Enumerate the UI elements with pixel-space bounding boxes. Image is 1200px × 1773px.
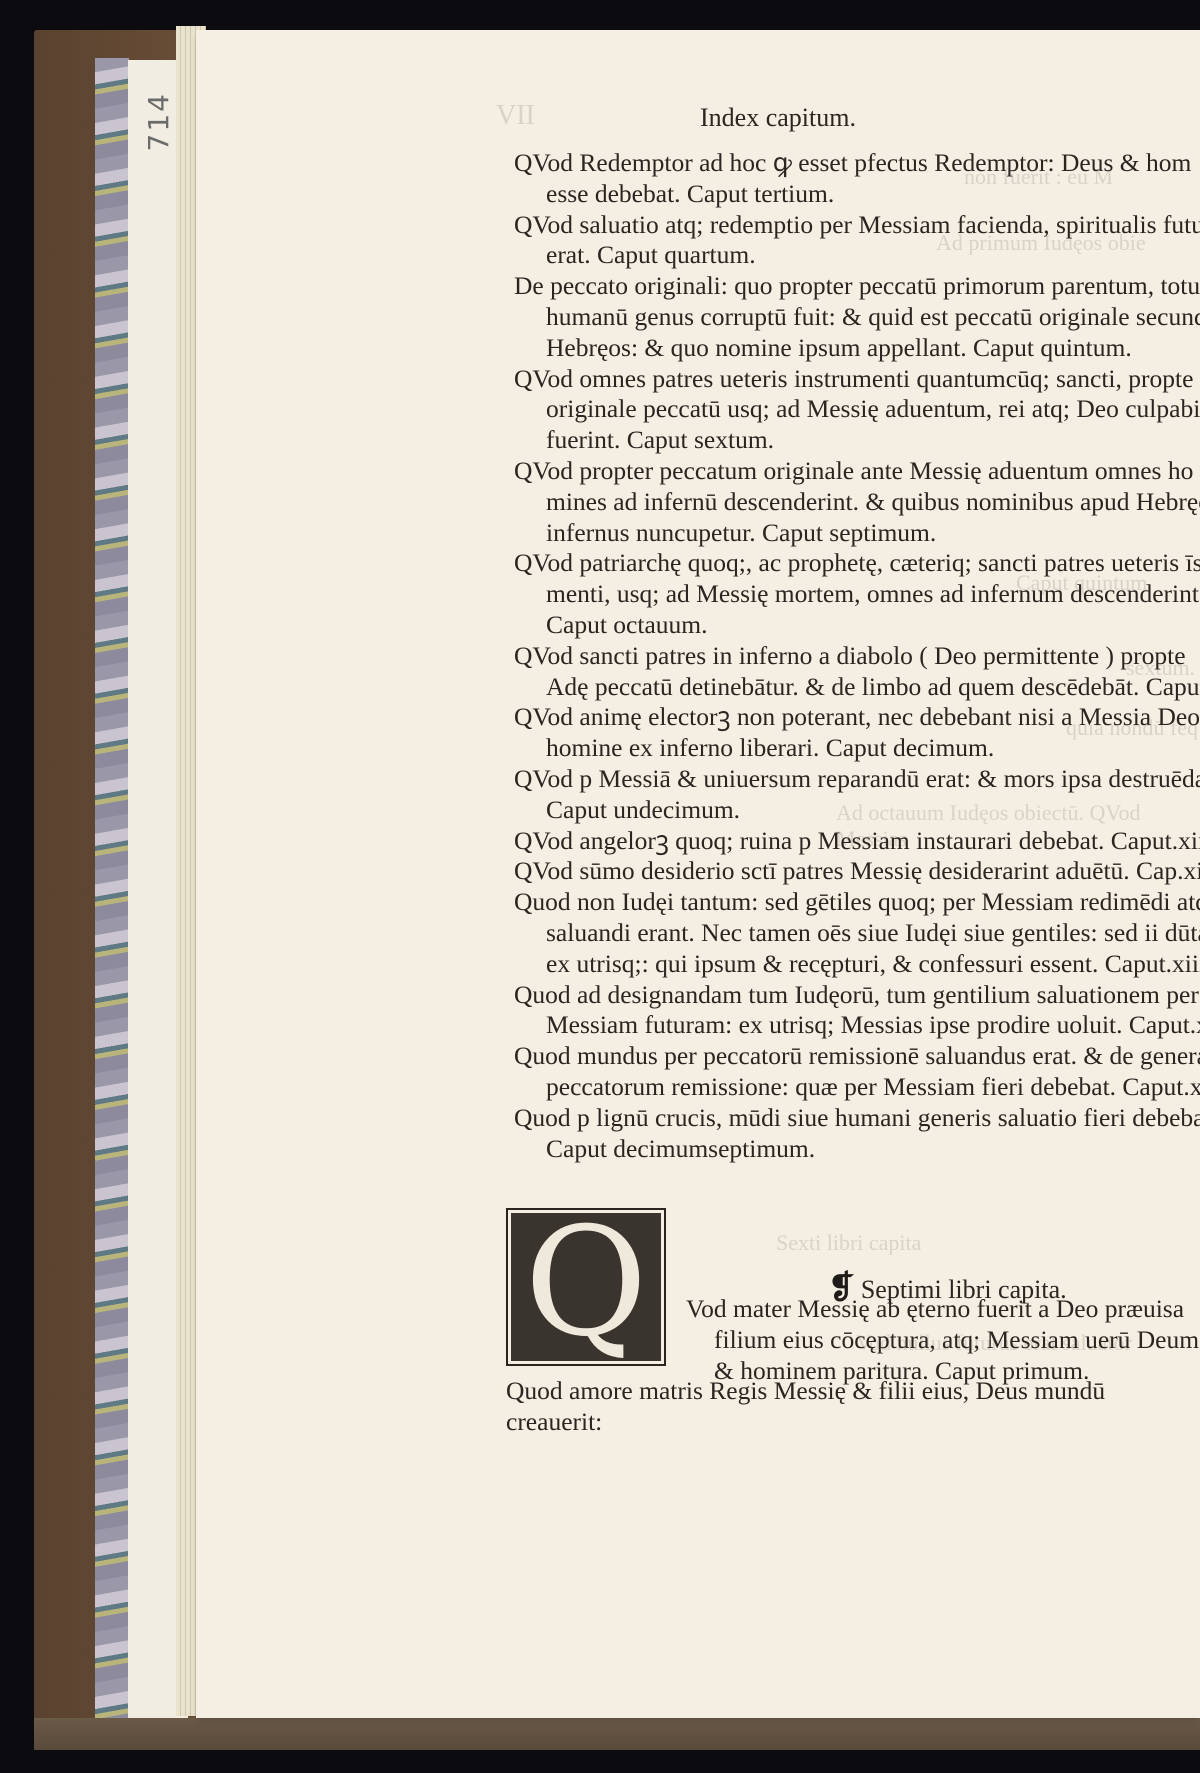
showthrough-text: Sexti libri capita <box>776 1230 921 1256</box>
index-line: infernus nuncupetur. Caput septimum. <box>514 518 1200 549</box>
index-line: Quod ad designandam tum Iudęorū, tum gen… <box>514 980 1200 1011</box>
index-line: QVod saluatio atq; redemptio per Messiam… <box>514 210 1200 241</box>
index-line: Adę peccatū detinebātur. & de limbo ad q… <box>514 672 1200 703</box>
index-line: Quod non Iudęi tantum: sed gētiles quoq;… <box>514 887 1200 918</box>
index-line: QVod angelorꝫ quoq; ruina p Messiam inst… <box>514 826 1200 857</box>
book7-chapter-1: Vod mater Messię ab ęterno fuerit a Deo … <box>686 1294 1200 1386</box>
index-line: saluandi erant. Nec tamen oēs siue Iudęi… <box>514 918 1200 949</box>
book7-line: Vod mater Messię ab ęterno fuerit a Deo … <box>686 1294 1200 1325</box>
book7-line: Quod amore matris Regis Messię & filii e… <box>506 1376 1200 1438</box>
book7-line: filium eius cōcęptura, atq; Messiam uerū… <box>686 1325 1200 1356</box>
index-line: QVod propter peccatum originale ante Mes… <box>514 456 1200 487</box>
index-line: mines ad infernū descenderint. & quibus … <box>514 487 1200 518</box>
chapter-index: QVod Redemptor ad hoc ꝙ esset pfectus Re… <box>514 148 1200 1164</box>
book7-chapter-2: Quod amore matris Regis Messię & filii e… <box>506 1376 1200 1438</box>
initial-letter: Q <box>511 1203 661 1363</box>
index-line: QVod patriarchę quoq;, ac prophetę, cæte… <box>514 548 1200 579</box>
index-line: QVod sancti patres in inferno a diabolo … <box>514 641 1200 672</box>
pencil-note: 714 <box>142 92 172 151</box>
index-line: Caput decimumseptimum. <box>514 1134 1200 1165</box>
index-line: QVod omnes patres ueteris instrumenti qu… <box>514 364 1200 395</box>
index-line: QVod animę electorꝫ non poterant, nec de… <box>514 702 1200 733</box>
index-line: fuerint. Caput sextum. <box>514 425 1200 456</box>
index-line: ex utrisq;: qui ipsum & recępturi, & con… <box>514 949 1200 980</box>
index-line: Hebręos: & quo nomine ipsum appellant. C… <box>514 333 1200 364</box>
index-line: QVod sūmo desiderio sctī patres Messię d… <box>514 856 1200 887</box>
cover-bottom-edge <box>34 1718 1200 1750</box>
index-line: humanū genus corruptū fuit: & quid est p… <box>514 302 1200 333</box>
index-line: Caput octauum. <box>514 610 1200 641</box>
index-line: QVod p Messiā & uniuersum reparandū erat… <box>514 764 1200 795</box>
index-line: esse debebat. Caput tertium. <box>514 179 1200 210</box>
index-line: originale peccatū usq; ad Messię aduentu… <box>514 394 1200 425</box>
index-line: Quod mundus per peccatorū remissionē sal… <box>514 1041 1200 1072</box>
index-line: peccatorum remissione: quæ per Messiam f… <box>514 1072 1200 1103</box>
showthrough-text: VII <box>496 100 535 132</box>
index-line: QVod Redemptor ad hoc ꝙ esset pfectus Re… <box>514 148 1200 179</box>
index-line: Messiam futuram: ex utrisq; Messias ipse… <box>514 1010 1200 1041</box>
index-line: De peccato originali: quo propter peccat… <box>514 271 1200 302</box>
index-line: Caput undecimum. <box>514 795 1200 826</box>
marbled-endpaper <box>95 58 129 1723</box>
decorated-initial-q-icon: Q <box>508 1210 664 1364</box>
running-head: Index capitum. <box>700 103 856 133</box>
index-line: Quod p lignū crucis, mūdi siue humani ge… <box>514 1103 1200 1134</box>
index-line: homine ex inferno liberari. Caput decimu… <box>514 733 1200 764</box>
index-line: erat. Caput quartum. <box>514 240 1200 271</box>
index-line: menti, usq; ad Messię mortem, omnes ad i… <box>514 579 1200 610</box>
